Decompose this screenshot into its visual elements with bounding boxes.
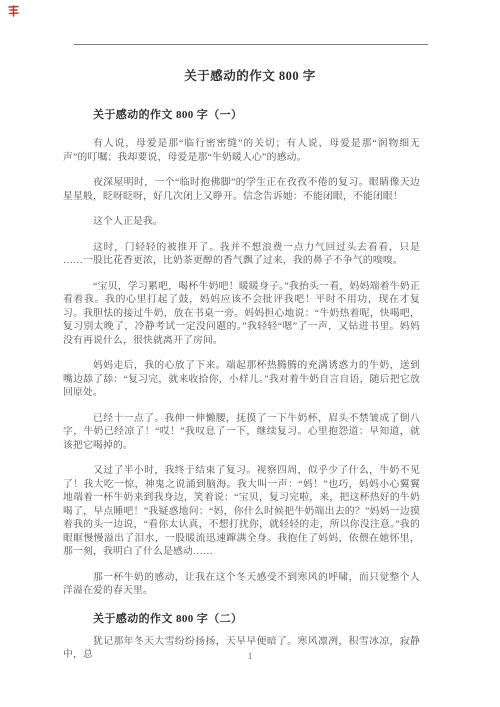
document-page: 关于感动的作文 800 字 关于感动的作文 800 字（一） 有人说，母爱是那“… bbox=[0, 0, 500, 707]
paragraph: “宝贝，学习累吧，喝杯牛奶吧！暖暖身子。”我抬头一看，妈妈端着牛奶正看着我。我的… bbox=[63, 280, 420, 348]
document-body: 关于感动的作文 800 字（一） 有人说，母爱是那“临行密密缝”的关切；有人说，… bbox=[63, 106, 420, 674]
section-1-heading: 关于感动的作文 800 字（一） bbox=[93, 106, 420, 122]
paragraph: 这时，门轻轻的被推开了。我并不想浪费一点力气回过头去看看，只是 ……一股比花香更… bbox=[63, 241, 420, 268]
paragraph: 夜深屋明时，一个“临时抱佛脚”的学生正在孜孜不倦的复习。眼睛像天边星星般，眨呀眨… bbox=[63, 176, 420, 203]
red-ink-mark-icon bbox=[7, 4, 20, 17]
document-title: 关于感动的作文 800 字 bbox=[0, 66, 500, 84]
paragraph: 这个人正是我。 bbox=[63, 215, 420, 229]
paragraph: 有人说，母爱是那“临行密密缝”的关切；有人说，母爱是那“润物细无声”的叮嘱；我却… bbox=[63, 137, 420, 164]
paragraph: 那一杯牛奶的感动，让我在这个冬天感受不到寒风的呼啸，而只觉整个人洋溢在爱的春天里… bbox=[63, 571, 420, 598]
header-rule bbox=[74, 44, 428, 45]
section-2-heading: 关于感动的作文 800 字（二） bbox=[93, 610, 420, 626]
paragraph: 妈妈走后，我的心放了下来。端起那杯热腾腾的充满诱惑力的牛奶，送到嘴边舔了舔：“复… bbox=[63, 359, 420, 400]
page-number: 1 bbox=[0, 651, 500, 661]
paragraph: 已经十一点了。我伸一伸懒腰，抚摸了一下牛奶杯，眉头不禁皱成了倒八字，牛奶已经凉了… bbox=[63, 412, 420, 453]
paragraph: 又过了半小时，我终于结束了复习。视察四周，似乎少了什么，牛奶不见了！我大吃一惊，… bbox=[63, 464, 420, 559]
